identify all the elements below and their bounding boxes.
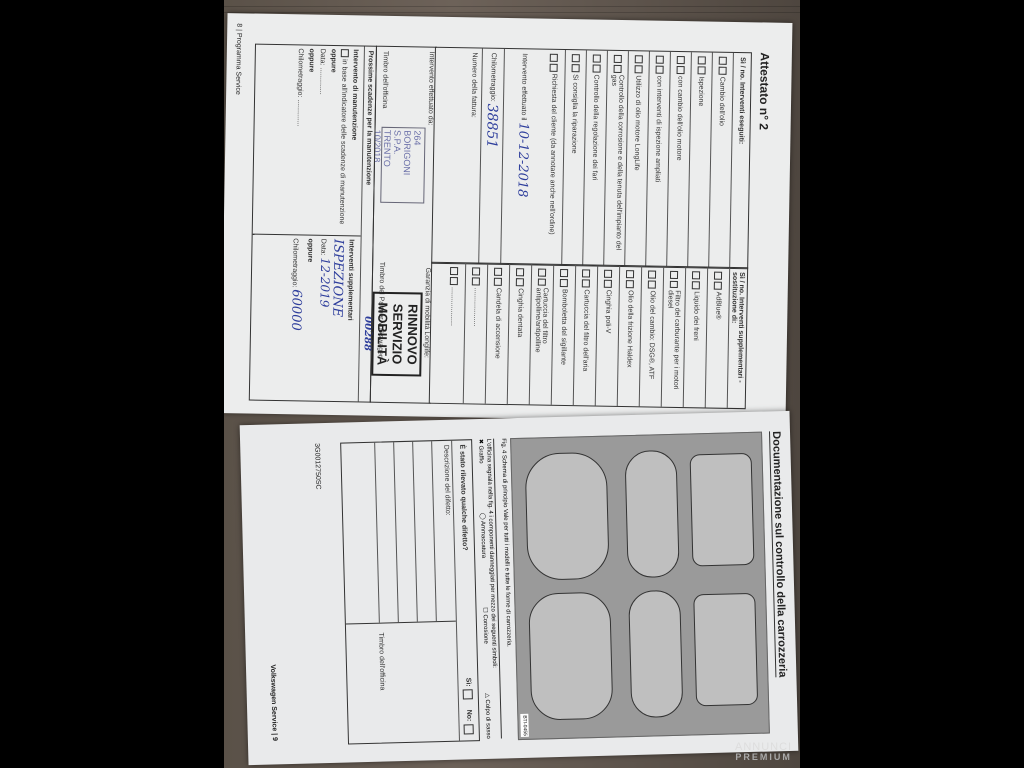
right-item-row: Olio della frizione Haldex <box>617 266 641 406</box>
right-item-label: Filtro del carburante per i motori diese… <box>665 290 681 403</box>
photo: Attestato n° 2 Sì / no. Interventi esegu… <box>224 0 800 768</box>
stamp-line: 264 <box>411 130 422 200</box>
carrozzeria-title: Documentazione sul controllo della carro… <box>769 431 788 678</box>
checkbox[interactable] <box>582 269 590 277</box>
checkbox[interactable] <box>626 280 634 288</box>
checkbox[interactable] <box>626 270 634 278</box>
left-item-label: Cambio dell'olio <box>718 77 726 126</box>
car-side-right <box>628 590 683 718</box>
intervento-date: 10-12-2018 <box>514 122 530 197</box>
manutenzione-col: Intervento di manutenzione in base all'i… <box>253 45 364 237</box>
checkbox[interactable] <box>692 271 700 279</box>
figure-code: BTI-0455 <box>520 714 529 737</box>
page-carrozzeria: Documentazione sul controllo della carro… <box>240 411 799 765</box>
checkbox[interactable] <box>635 55 643 63</box>
page-attestato: Attestato n° 2 Sì / no. Interventi esegu… <box>224 13 792 423</box>
right-item-row: Liquido dei freni <box>683 267 707 407</box>
page-number-9: 9 <box>271 737 278 741</box>
checkbox[interactable] <box>714 282 722 290</box>
km-label: Chilometraggio: <box>489 53 497 102</box>
right-item-row: Bomboletta del sigillante <box>551 265 575 405</box>
km-label-2: Chilometraggio: <box>296 48 304 97</box>
right-item-label: AdBlue® <box>714 292 721 320</box>
car-diagram-figure: BTI-0455 <box>510 432 770 740</box>
car-underside-view <box>528 592 613 721</box>
checkbox[interactable] <box>516 268 524 276</box>
attestato-rotated: Attestato n° 2 Sì / no. Interventi esegu… <box>224 13 792 423</box>
right-header: Sì / no. Interventi supplementari - sost… <box>727 268 747 408</box>
footer-vw-service: Volkswagen Service <box>269 664 278 731</box>
difetto-table: È stato rilevato qualche difetto? Sì: No… <box>340 439 480 744</box>
attestato-title: Attestato n° 2 <box>757 52 772 130</box>
interventi-eseguiti-table: Sì / no. Interventi eseguiti: Cambio del… <box>431 47 752 269</box>
right-item-row: Olio del cambio: DSG®, ATF <box>639 266 663 406</box>
checkbox[interactable] <box>472 277 480 285</box>
prossime-scadenze-section: Prossime scadenze per la manutenzione In… <box>249 44 377 403</box>
left-header: Sì / no. Interventi eseguiti: <box>729 53 751 268</box>
right-item-label: .................... <box>450 287 458 326</box>
left-item-label: Utilizzo di olio motore LongLife <box>633 75 642 170</box>
descrizione-area[interactable]: Descrizione del difetto: <box>341 441 456 625</box>
carrozzeria-rotated: Documentazione sul controllo della carro… <box>240 411 799 765</box>
footer-right: Volkswagen Service | 9 <box>269 664 278 741</box>
checkbox[interactable] <box>656 56 664 64</box>
checkbox[interactable] <box>670 271 678 279</box>
checkbox[interactable] <box>692 281 700 289</box>
left-item-label: Ispezione <box>697 76 705 106</box>
stamp-line: RINNOVO <box>404 294 420 374</box>
checkbox[interactable] <box>450 267 458 275</box>
checkbox[interactable] <box>572 64 580 72</box>
right-item-label: Olio della frizione Haldex <box>625 290 633 368</box>
checkbox[interactable] <box>714 272 722 280</box>
footer-programma: Programma Service <box>234 33 242 95</box>
right-item-label: Bomboletta del sigillante <box>559 289 567 365</box>
checkbox[interactable] <box>550 54 558 62</box>
checkbox[interactable] <box>635 65 643 73</box>
checkbox[interactable] <box>450 277 458 285</box>
checkbox[interactable] <box>593 64 601 72</box>
right-item-label: Cartuccia del filtro dell'aria <box>581 289 589 371</box>
checkbox[interactable] <box>670 281 678 289</box>
watermark: ANNUNCI PREMIUM <box>735 742 792 762</box>
footer-left: 8 | Programma Service <box>234 23 242 95</box>
car-rear-view <box>693 593 758 707</box>
checkbox[interactable] <box>560 269 568 277</box>
symbol-item: ☐ Corrosione <box>481 607 489 644</box>
left-item-row: con cambio dell'olio motore <box>666 52 691 267</box>
car-top-view <box>524 452 609 581</box>
right-item-label: Candela di accensione <box>494 288 502 359</box>
interventi-supplementari-table: Sì / no. Interventi supplementari - sost… <box>429 262 748 410</box>
checkbox[interactable] <box>719 57 727 65</box>
right-item-row: .................... <box>463 263 487 403</box>
right-item-label: Cinghia poli-V <box>604 290 612 334</box>
checkbox[interactable] <box>472 267 480 275</box>
right-item-label: Olio del cambio: DSG®, ATF <box>647 290 656 379</box>
checkbox[interactable] <box>582 279 590 287</box>
symbol-item: ◯ Ammaccatura <box>479 513 487 558</box>
right-item-label: Cartuccia del filtro antipolline/antipol… <box>533 288 549 401</box>
km-value: 38851 <box>484 104 501 149</box>
right-item-row: AdBlue® <box>705 268 729 408</box>
effettuato-section: Intervento effettuato da: Garanzia di mo… <box>370 46 437 404</box>
checkbox[interactable] <box>677 56 685 64</box>
checkbox[interactable] <box>614 55 622 63</box>
supp-date: 12-2019 <box>317 257 332 307</box>
left-item-row: Richiesta del cliente (da annotare anche… <box>540 50 565 265</box>
right-item-row: Cartuccia del filtro antipolline/antipol… <box>529 264 553 404</box>
checkbox[interactable] <box>494 268 502 276</box>
supp-km: 60000 <box>288 289 304 331</box>
checkbox[interactable] <box>698 56 706 64</box>
symbol-item: ✖ Graffio <box>477 439 485 464</box>
left-item-label: con interventi di ispezione ampliati <box>654 76 663 183</box>
si-label: Sì: <box>464 678 471 687</box>
symbol-item: △ Colpo di sasso <box>484 693 492 739</box>
checkbox[interactable] <box>677 66 685 74</box>
checkbox[interactable] <box>614 65 622 73</box>
timbro-officina-label: Timbro dell'officina <box>381 51 389 109</box>
right-item-label: Cinghia dentata <box>516 288 524 337</box>
checkbox[interactable] <box>538 278 546 286</box>
right-item-label: .................... <box>472 287 480 326</box>
intervento-label: Intervento effettuato il <box>520 53 528 120</box>
no-checkbox[interactable] <box>464 724 474 734</box>
effettuato-label: Intervento effettuato da: <box>427 52 435 126</box>
mobility-stamp: RINNOVOSERVIZIOMOBILITÀ00288 <box>371 292 422 377</box>
difetto-row: È stato rilevato qualche difetto? Sì: No… <box>451 440 479 740</box>
checkbox[interactable] <box>648 270 656 278</box>
checkbox[interactable] <box>550 64 558 72</box>
intervento-date-row: Intervento effettuato il 10-12-2018 <box>500 49 544 265</box>
left-item-row: con interventi di ispezione ampliati <box>645 51 670 266</box>
checkbox[interactable] <box>648 280 656 288</box>
right-item-row: Cinghia dentata <box>507 264 531 404</box>
km-label-3: Chilometraggio: <box>291 238 299 287</box>
left-item-row: Si consiglia la riparazione <box>561 50 586 265</box>
right-item-row: Cinghia poli-V <box>595 266 619 406</box>
stamp-line: TRENTO <box>381 130 392 200</box>
checkbox[interactable] <box>604 270 612 278</box>
timbro-officina-label-2: Timbro dell'officina <box>377 633 386 691</box>
stamp-line: SERVIZIO <box>389 294 405 374</box>
right-item-row: Cartuccia del filtro dell'aria <box>573 265 597 405</box>
checkbox[interactable] <box>494 278 502 286</box>
left-item-row: Utilizzo di olio motore LongLife <box>624 51 649 266</box>
checkbox[interactable] <box>560 279 568 287</box>
right-item-row: Filtro del carburante per i motori diese… <box>661 267 685 407</box>
si-checkbox[interactable] <box>463 690 473 700</box>
checkbox[interactable] <box>572 54 580 62</box>
workshop-stamp: 264BORIGONIS.P.A.TRENTO10/2018 <box>380 127 425 204</box>
right-item-row: Candela di accensione <box>485 264 509 404</box>
difetto-question: È stato rilevato qualche difetto? <box>458 444 471 677</box>
checkbox[interactable] <box>656 66 664 74</box>
page-number-8: 8 <box>235 23 242 27</box>
left-item-row: Controllo della regolazione dei fari <box>582 50 607 265</box>
data-label-1: Data: <box>319 49 326 66</box>
left-item-label: Si consiglia la riparazione <box>571 74 579 154</box>
stamp-line: MOBILITÀ <box>374 294 390 374</box>
right-item-label: Liquido dei freni <box>692 291 700 341</box>
left-item-row: Ispezione <box>687 52 712 267</box>
car-front-view <box>690 453 755 567</box>
left-item-row: Cambio dell'olio <box>708 53 733 268</box>
left-item-label: con cambio dell'olio motore <box>676 76 684 161</box>
car-side-left <box>624 450 679 578</box>
manutenzione-note: in base all'indicatore delle scadenze di… <box>338 59 348 224</box>
left-item-label: Controllo della corrosione e della tenut… <box>607 75 624 262</box>
checkbox[interactable] <box>698 66 706 74</box>
data-label-2: Data: <box>319 239 326 256</box>
garanzia-label: Garanzia di mobilità Longlife: <box>423 268 432 358</box>
left-item-label: Controllo della regolazione dei fari <box>591 74 600 180</box>
checkbox[interactable] <box>604 280 612 288</box>
stamp-line: BORIGONI <box>401 130 412 200</box>
watermark-line2: PREMIUM <box>735 752 792 762</box>
doc-code: 3G0012750SC <box>313 443 321 489</box>
checkbox[interactable] <box>593 54 601 62</box>
checkbox[interactable] <box>516 278 524 286</box>
stamp-line: S.P.A. <box>391 130 402 200</box>
checkbox[interactable] <box>719 67 727 75</box>
checkbox[interactable] <box>538 269 546 277</box>
right-item-row: .................... <box>441 263 465 403</box>
no-label: No: <box>465 710 472 722</box>
km-row: Chilometraggio: 38851 <box>478 49 504 264</box>
left-item-row: Controllo della corrosione e della tenut… <box>603 51 628 266</box>
left-item-label: Richiesta del cliente (da annotare anche… <box>548 74 558 235</box>
supplementari-col: Interventi supplementari ISPEZIONE Data:… <box>250 235 361 402</box>
